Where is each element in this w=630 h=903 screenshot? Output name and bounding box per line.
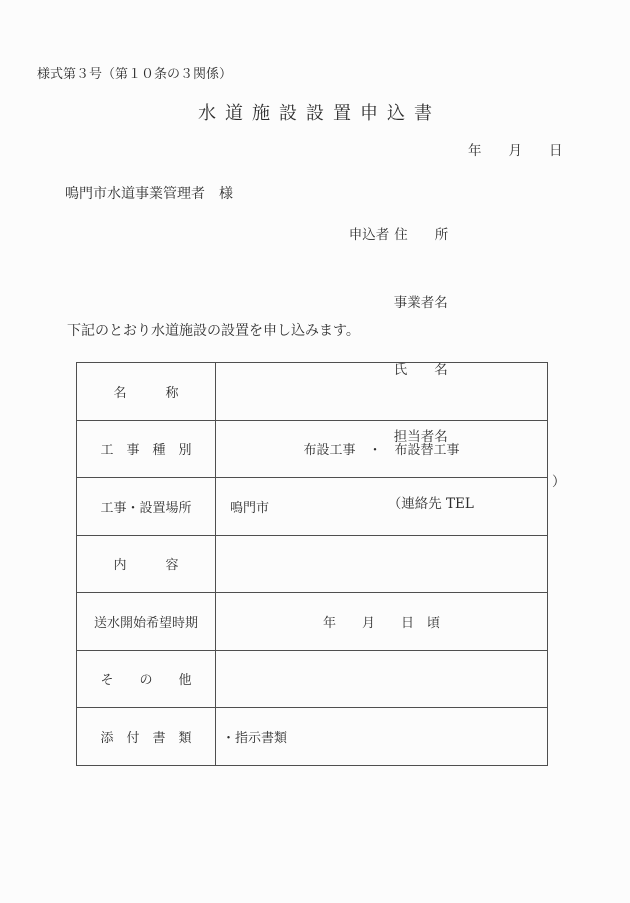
row-label-start-date: 送水開始希望時期 [77,593,216,651]
row-value-attachments: ・指示書類 [216,708,548,766]
row-value-work-type: 布設工事 ・ 布設替工事 [216,420,548,478]
application-table: 名 称 工 事 種 別 布設工事 ・ 布設替工事 工事・設置場所 鳴門市 内 容… [76,362,548,766]
row-label-content: 内 容 [77,535,216,593]
row-label-name: 名 称 [77,363,216,421]
row-value-location: 鳴門市 [216,478,548,536]
row-label-work-type: 工 事 種 別 [77,420,216,478]
date-line: 年 月 日 [468,139,563,159]
form-title: 水道施設設置申込書 [0,99,630,125]
row-value-content [216,535,548,593]
row-label-other: そ の 他 [77,650,216,708]
row-value-other [216,650,548,708]
addressee: 鳴門市水道事業管理者 様 [65,183,233,203]
intro-text: 下記のとおり水道施設の設置を申し込みます。 [67,320,360,340]
table-row-other: そ の 他 [77,650,548,708]
table-row-start-date: 送水開始希望時期 年 月 日 頃 [77,593,548,651]
table-row-work-type: 工 事 種 別 布設工事 ・ 布設替工事 [77,420,548,478]
row-value-start-date: 年 月 日 頃 [216,593,548,651]
table-row-attachments: 添 付 書 類 ・指示書類 [77,708,548,766]
contact-tel-close-paren: ） [552,471,566,493]
form-number: 様式第３号（第１０条の３関係） [37,63,232,82]
table-row-location: 工事・設置場所 鳴門市 [77,478,548,536]
row-label-location: 工事・設置場所 [77,478,216,536]
applicant-prefix: 申込者 [349,227,390,243]
applicant-business-label: 事業者名 [394,295,448,311]
table-row-content: 内 容 [77,535,548,593]
table-row-name: 名 称 [77,363,548,421]
row-label-attachments: 添 付 書 類 [77,708,216,766]
row-value-name [216,363,548,421]
applicant-address-row: 申込者住 所 [323,202,474,269]
application-form-page: 様式第３号（第１０条の３関係） 水道施設設置申込書 年 月 日 鳴門市水道事業管… [0,0,630,903]
applicant-address-label: 住 所 [394,227,448,243]
